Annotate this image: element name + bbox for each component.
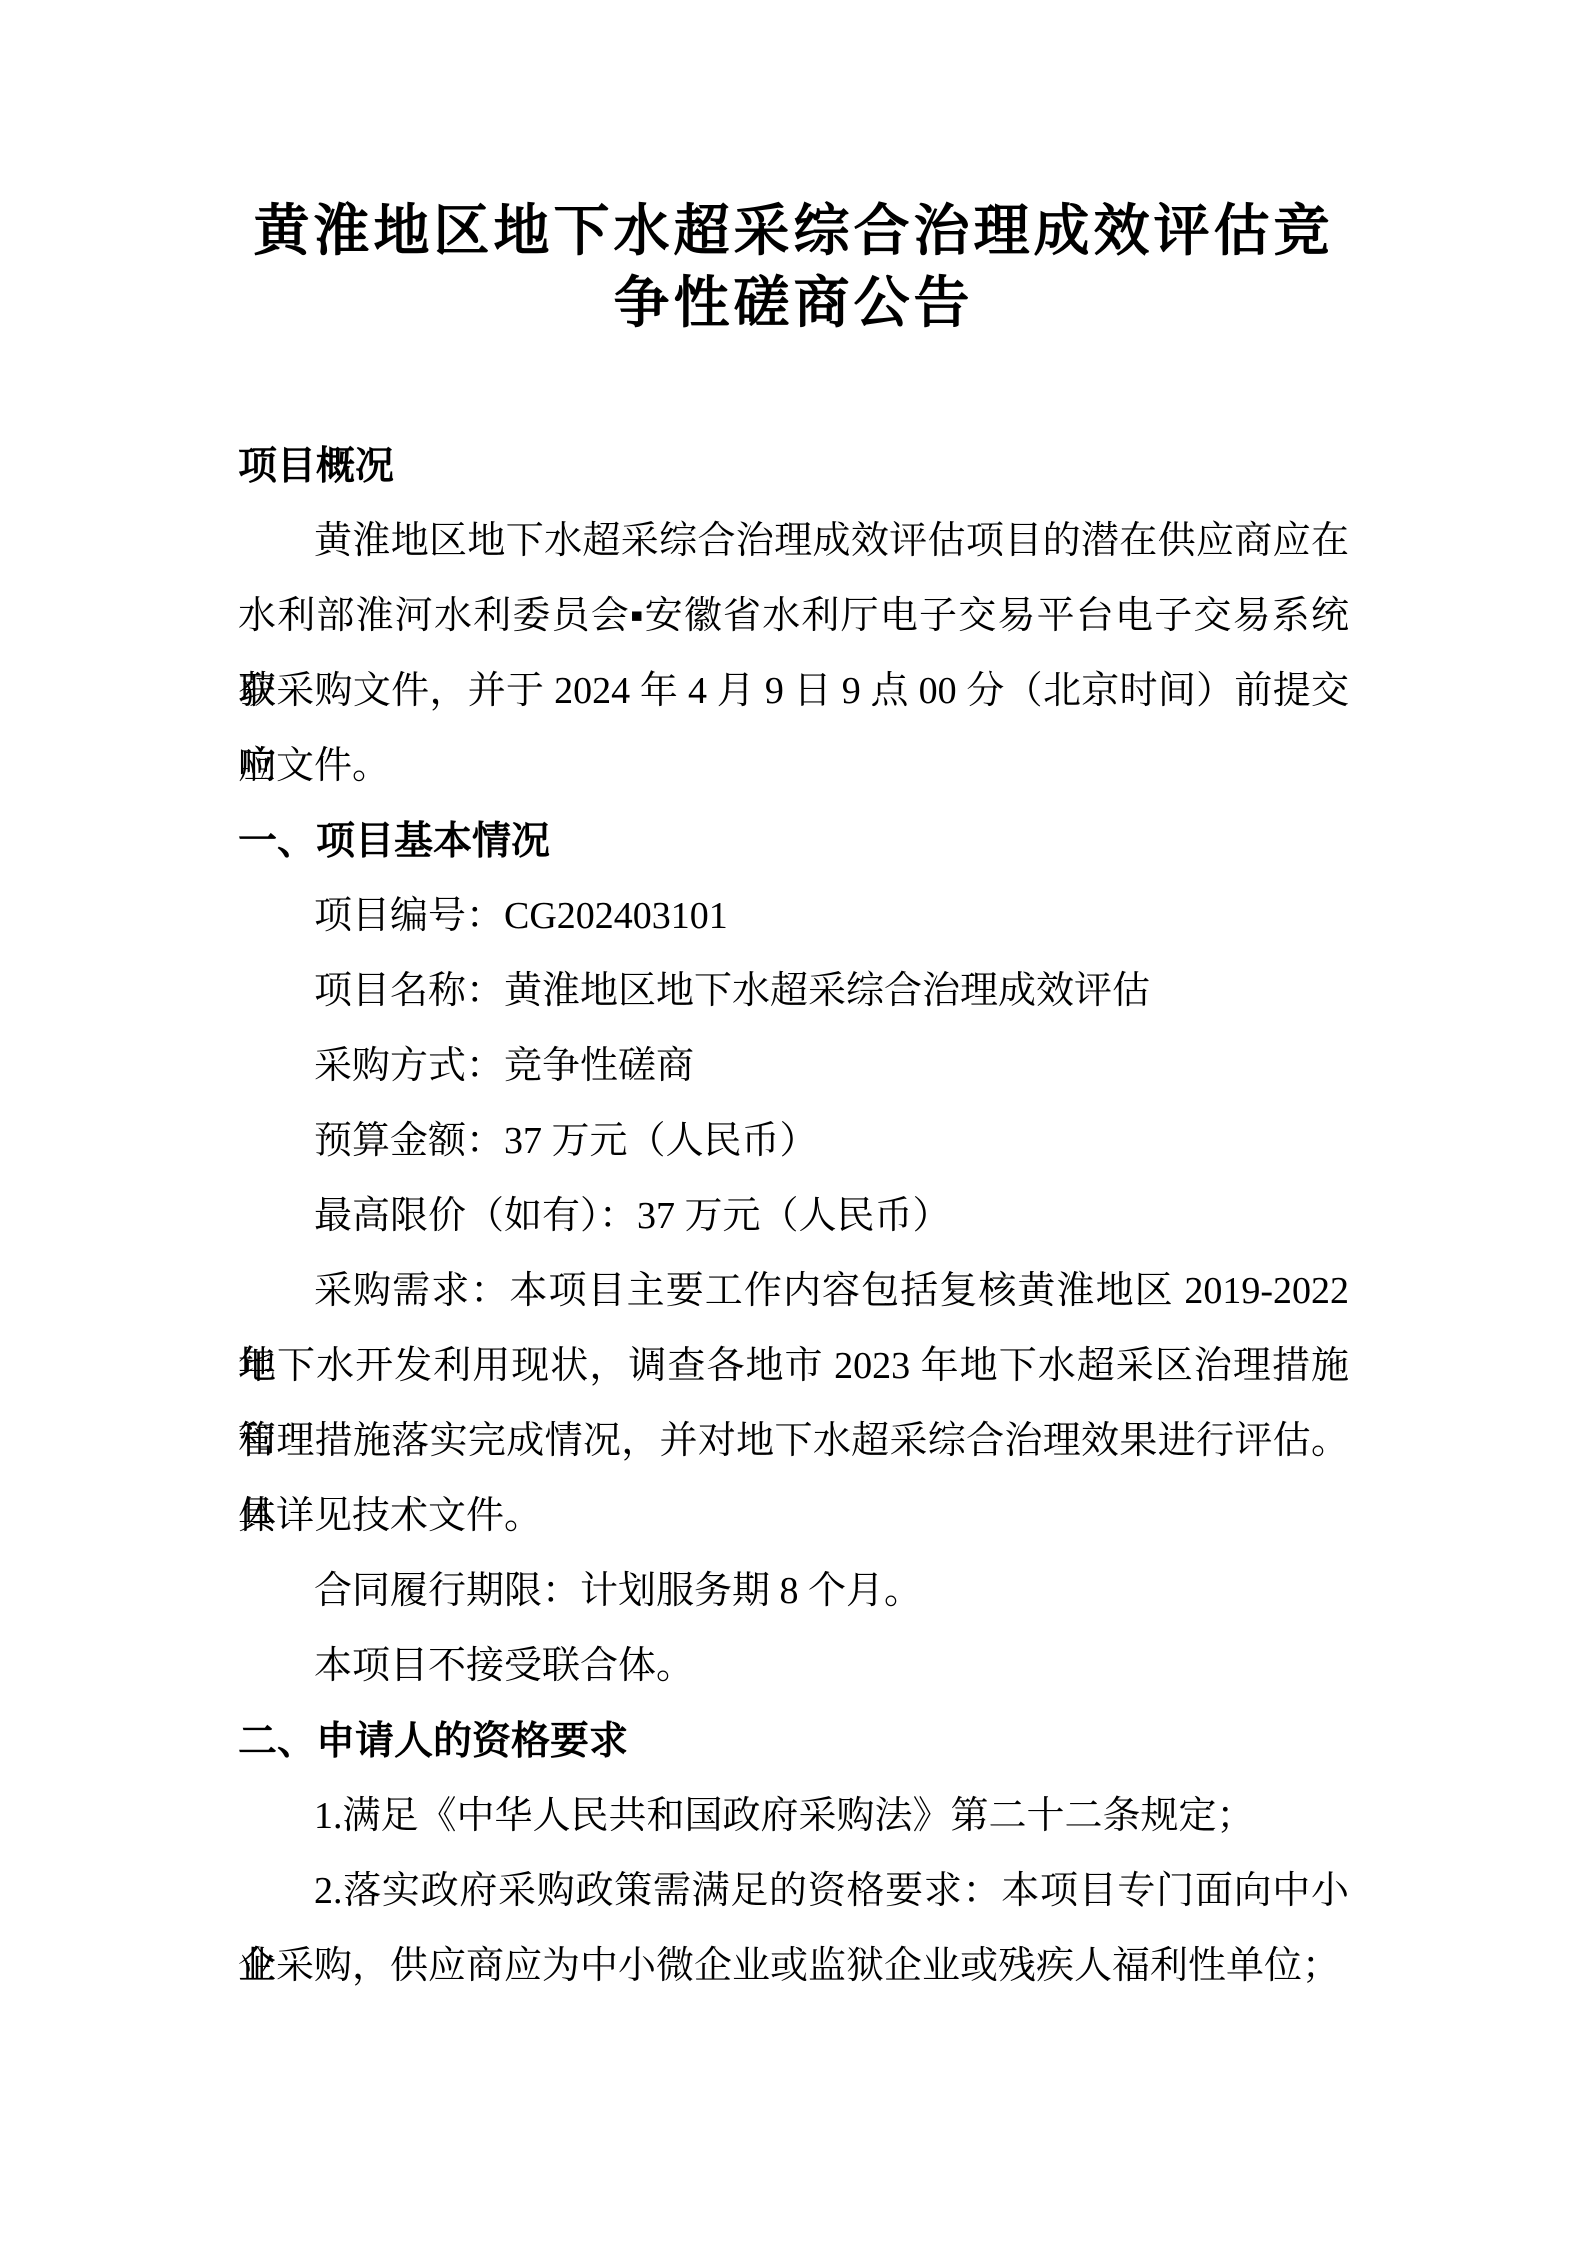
document-page: 黄淮地区地下水超采综合治理成效评估竞 争性磋商公告 项目概况黄淮地区地下水超采综…: [0, 0, 1587, 2245]
body-line: 水利部淮河水利委员会▪安徽省水利厅电子交易平台电子交易系统获: [238, 579, 1349, 654]
body-line: 项目名称：黄淮地区地下水超采综合治理成效评估: [238, 954, 1349, 1029]
document-body: 项目概况黄淮地区地下水超采综合治理成效评估项目的潜在供应商应在水利部淮河水利委员…: [238, 429, 1349, 2004]
body-line: 本项目不接受联合体。: [238, 1629, 1349, 1704]
body-line: 采购需求：本项目主要工作内容包括复核黄淮地区 2019-2022 年: [238, 1254, 1349, 1329]
body-line: 2.落实政府采购政策需满足的资格要求：本项目专门面向中小企: [238, 1854, 1349, 1929]
section-heading: 一、项目基本情况: [238, 804, 1349, 879]
body-line: 采购方式：竞争性磋商: [238, 1029, 1349, 1104]
body-line: 最高限价（如有）：37 万元（人民币）: [238, 1179, 1349, 1254]
body-line: 取采购文件，并于 2024 年 4 月 9 日 9 点 00 分（北京时间）前提…: [238, 654, 1349, 729]
body-line: 业采购，供应商应为中小微企业或监狱企业或残疾人福利性单位；: [238, 1929, 1349, 2004]
body-line: 管理措施落实完成情况，并对地下水超采综合治理效果进行评估。具: [238, 1404, 1349, 1479]
body-line: 体详见技术文件。: [238, 1479, 1349, 1554]
body-line: 预算金额：37 万元（人民币）: [238, 1104, 1349, 1179]
body-line: 项目编号：CG202403101: [238, 879, 1349, 954]
body-line: 1.满足《中华人民共和国政府采购法》第二十二条规定；: [238, 1779, 1349, 1854]
section-heading: 二、申请人的资格要求: [238, 1704, 1349, 1779]
body-line: 合同履行期限：计划服务期 8 个月。: [238, 1554, 1349, 1629]
body-line: 黄淮地区地下水超采综合治理成效评估项目的潜在供应商应在: [238, 504, 1349, 579]
body-line: 地下水开发利用现状，调查各地市 2023 年地下水超采区治理措施和: [238, 1329, 1349, 1404]
section-heading: 项目概况: [238, 429, 1349, 504]
document-title-line-1: 黄淮地区地下水超采综合治理成效评估竞: [0, 196, 1587, 268]
body-line: 应文件。: [238, 729, 1349, 804]
document-title-line-2: 争性磋商公告: [0, 268, 1587, 340]
document-title: 黄淮地区地下水超采综合治理成效评估竞 争性磋商公告: [0, 0, 1587, 340]
